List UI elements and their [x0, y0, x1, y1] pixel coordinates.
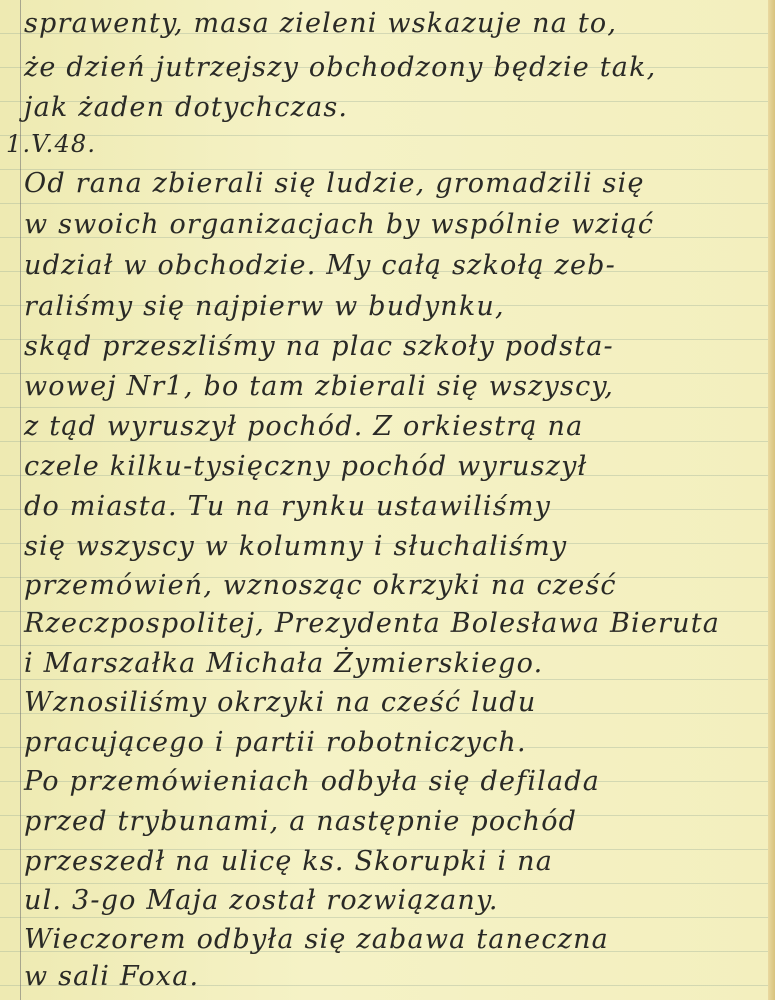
text-line: do miasta. Tu na rynku ustawiliśmy	[24, 491, 551, 522]
text-line: z tąd wyruszył pochód. Z orkiestrą na	[24, 411, 583, 442]
text-line: raliśmy się najpierw w budynku,	[24, 291, 505, 322]
text-line: i Marszałka Michała Żymierskiego.	[24, 648, 543, 679]
text-line: przed trybunami, a następnie pochód	[24, 806, 577, 837]
text-line: czele kilku-tysięczny pochód wyruszył	[24, 451, 588, 482]
text-line: w sali Foxa.	[24, 961, 199, 992]
text-line: Od rana zbierali się ludzie, gromadzili …	[24, 168, 645, 199]
text-line: Po przemówieniach odbyła się defilada	[24, 766, 600, 797]
text-line: Wieczorem odbyła się zabawa taneczna	[24, 924, 609, 955]
text-line: Rzeczpospolitej, Prezydenta Bolesława Bi…	[24, 608, 720, 639]
text-line: w swoich organizacjach by wspólnie wziąć	[24, 209, 654, 240]
text-line: Wznosiliśmy okrzyki na cześć ludu	[24, 687, 537, 718]
text-line: udział w obchodzie. My całą szkołą zeb-	[24, 250, 616, 281]
text-line: skąd przeszliśmy na plac szkoły podsta-	[24, 331, 614, 362]
text-line: że dzień jutrzejszy obchodzony będzie ta…	[24, 52, 656, 83]
entry-date: 1.V.48.	[6, 130, 96, 158]
text-line: przeszedł na ulicę ks. Skorupki i na	[24, 846, 553, 877]
text-line: przemówień, wznosząc okrzyki na cześć	[24, 570, 617, 601]
text-line: jak żaden dotychczas.	[24, 92, 348, 123]
text-line: pracującego i partii robotniczych.	[24, 727, 527, 758]
page-edge	[768, 0, 775, 1000]
text-line: ul. 3-go Maja został rozwiązany.	[24, 885, 499, 916]
diary-page: sprawenty, masa zieleni wskazuje na to,ż…	[0, 0, 775, 1000]
text-line: sprawenty, masa zieleni wskazuje na to,	[24, 8, 617, 39]
text-line: się wszyscy w kolumny i słuchaliśmy	[24, 531, 567, 562]
text-line: wowej Nr1, bo tam zbierali się wszyscy,	[24, 371, 614, 402]
